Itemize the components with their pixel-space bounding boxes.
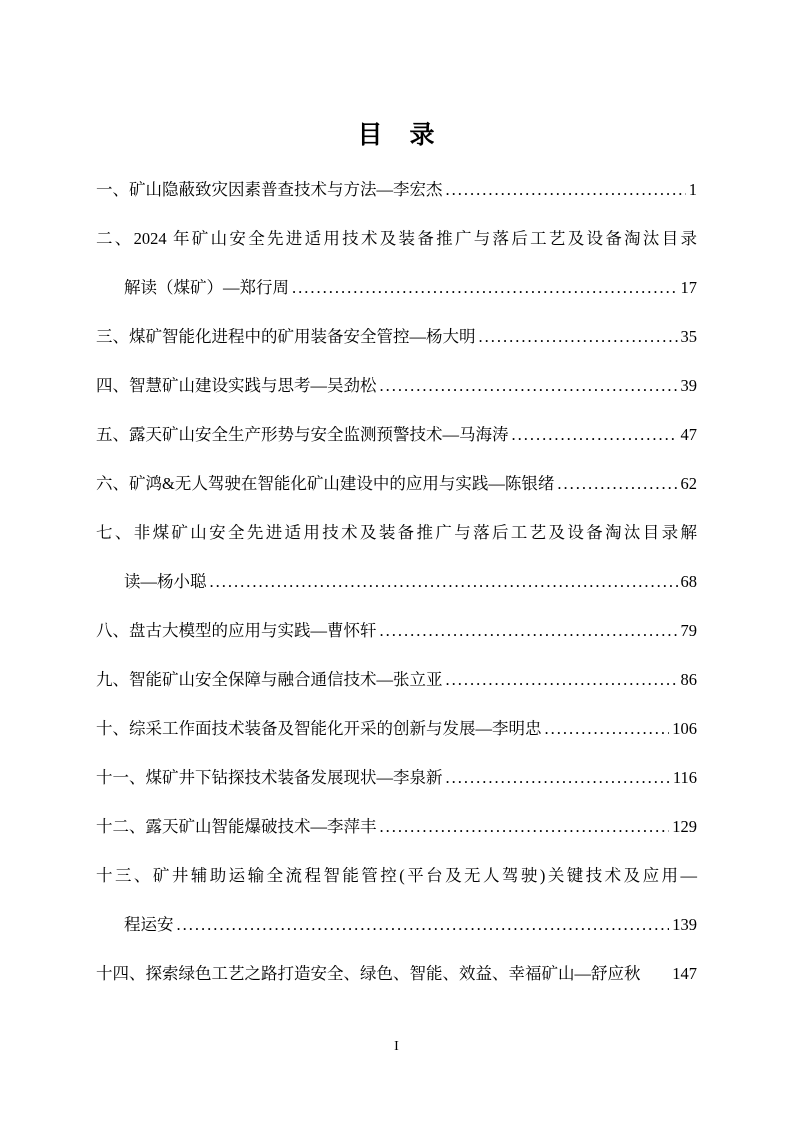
dot-leader (210, 571, 678, 593)
dot-leader (446, 669, 678, 691)
toc-entry-text: 十三、矿井辅助运输全流程智能管控(平台及无人驾驶)关键技术及应用— (96, 865, 697, 887)
toc-page-number: 39 (681, 375, 698, 397)
dot-leader (479, 326, 678, 348)
toc-line[interactable]: 十四、探索绿色工艺之路打造安全、绿色、智能、效益、幸福矿山—舒应秋147 (96, 963, 697, 985)
toc-entry-text: 七、非煤矿山安全先进适用技术及装备推广与落后工艺及设备淘汰目录解 (96, 522, 697, 544)
toc-page-number: 1 (689, 179, 697, 201)
toc-line[interactable]: 解读（煤矿）—郑行周17 (96, 277, 697, 299)
dot-leader (380, 375, 678, 397)
toc-entry-text: 十一、煤矿井下钻探技术装备发展现状—李泉新 (96, 767, 443, 789)
toc-entry-text: 十四、探索绿色工艺之路打造安全、绿色、智能、效益、幸福矿山—舒应秋 (96, 963, 641, 985)
toc-entry-text: 解读（煤矿）—郑行周 (124, 277, 289, 299)
toc-line[interactable]: 十、综采工作面技术装备及智能化开采的创新与发展—李明忠106 (96, 718, 697, 740)
toc-entry-text: 读—杨小聪 (124, 571, 207, 593)
document-content: 目 录 一、矿山隐蔽致灾因素普查技术与方法—李宏杰1二、2024 年矿山安全先进… (96, 0, 697, 985)
toc-page-number: 139 (672, 914, 697, 936)
footer-page-number: I (0, 1038, 793, 1056)
toc-entry-text: 二、2024 年矿山安全先进适用技术及装备推广与落后工艺及设备淘汰目录 (96, 228, 697, 250)
page-title: 目 录 (96, 121, 697, 150)
toc-line[interactable]: 程运安139 (96, 914, 697, 936)
toc-page-number: 79 (681, 620, 698, 642)
dot-leader (380, 620, 678, 642)
table-of-contents: 一、矿山隐蔽致灾因素普查技术与方法—李宏杰1二、2024 年矿山安全先进适用技术… (96, 179, 697, 985)
toc-entry-text: 六、矿鸿&无人驾驶在智能化矿山建设中的应用与实践—陈银绪 (96, 473, 554, 495)
dot-leader (177, 914, 670, 936)
toc-line[interactable]: 九、智能矿山安全保障与融合通信技术—张立亚86 (96, 669, 697, 691)
toc-entry-text: 一、矿山隐蔽致灾因素普查技术与方法—李宏杰 (96, 179, 443, 201)
toc-page-number: 86 (681, 669, 698, 691)
dot-leader (380, 816, 670, 838)
toc-line[interactable]: 四、智慧矿山建设实践与思考—吴劲松39 (96, 375, 697, 397)
toc-entry-text: 十、综采工作面技术装备及智能化开采的创新与发展—李明忠 (96, 718, 542, 740)
toc-page-number: 47 (681, 424, 698, 446)
toc-line[interactable]: 三、煤矿智能化进程中的矿用装备安全管控—杨大明35 (96, 326, 697, 348)
toc-entry-text: 五、露天矿山安全生产形势与安全监测预警技术—马海涛 (96, 424, 509, 446)
toc-line[interactable]: 读—杨小聪68 (96, 571, 697, 593)
toc-line[interactable]: 十一、煤矿井下钻探技术装备发展现状—李泉新116 (96, 767, 697, 789)
document-page: 目 录 一、矿山隐蔽致灾因素普查技术与方法—李宏杰1二、2024 年矿山安全先进… (0, 0, 793, 1122)
toc-line[interactable]: 一、矿山隐蔽致灾因素普查技术与方法—李宏杰1 (96, 179, 697, 201)
toc-page-number: 129 (672, 816, 697, 838)
toc-line[interactable]: 十二、露天矿山智能爆破技术—李萍丰129 (96, 816, 697, 838)
toc-page-number: 35 (681, 326, 698, 348)
dot-leader (512, 424, 678, 446)
toc-page-number: 17 (681, 277, 698, 299)
toc-line[interactable]: 八、盘古大模型的应用与实践—曹怀轩79 (96, 620, 697, 642)
toc-line[interactable]: 七、非煤矿山安全先进适用技术及装备推广与落后工艺及设备淘汰目录解 (96, 522, 697, 544)
toc-line[interactable]: 五、露天矿山安全生产形势与安全监测预警技术—马海涛47 (96, 424, 697, 446)
toc-entry-text: 四、智慧矿山建设实践与思考—吴劲松 (96, 375, 377, 397)
toc-entry-text: 九、智能矿山安全保障与融合通信技术—张立亚 (96, 669, 443, 691)
dot-leader (292, 277, 678, 299)
toc-page-number: 68 (681, 571, 698, 593)
toc-page-number: 116 (673, 767, 697, 789)
dot-leader (545, 718, 670, 740)
toc-page-number: 62 (681, 473, 698, 495)
toc-entry-text: 三、煤矿智能化进程中的矿用装备安全管控—杨大明 (96, 326, 476, 348)
toc-entry-text: 程运安 (124, 914, 174, 936)
dot-leader (446, 767, 670, 789)
toc-line[interactable]: 十三、矿井辅助运输全流程智能管控(平台及无人驾驶)关键技术及应用— (96, 865, 697, 887)
toc-page-number: 106 (672, 718, 697, 740)
dot-leader (557, 473, 677, 495)
toc-entry-text: 十二、露天矿山智能爆破技术—李萍丰 (96, 816, 377, 838)
toc-page-number: 147 (672, 963, 697, 985)
dot-leader (446, 179, 686, 201)
toc-line[interactable]: 二、2024 年矿山安全先进适用技术及装备推广与落后工艺及设备淘汰目录 (96, 228, 697, 250)
toc-line[interactable]: 六、矿鸿&无人驾驶在智能化矿山建设中的应用与实践—陈银绪62 (96, 473, 697, 495)
toc-entry-text: 八、盘古大模型的应用与实践—曹怀轩 (96, 620, 377, 642)
